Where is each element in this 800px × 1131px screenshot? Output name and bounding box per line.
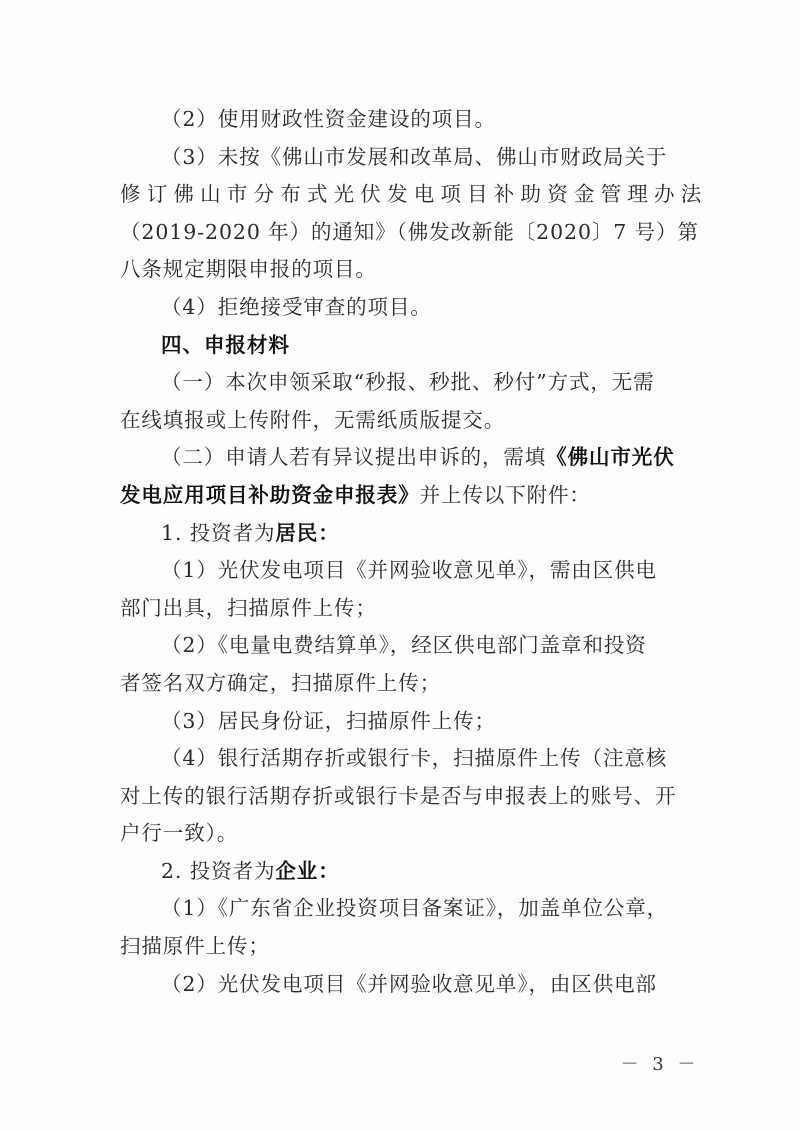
text-line: （1）《广东省企业投资项目备案证》，加盖单位公章， xyxy=(120,890,682,928)
text-line: （2）光伏发电项目《并网验收意见单》，由区供电部 xyxy=(120,966,682,1004)
text-line: ： xyxy=(318,521,339,545)
form-title-bold: 《佛山市光伏 xyxy=(546,445,674,469)
text-line: 者签名双方确定，扫描原件上传； xyxy=(120,665,682,703)
paragraph-item-3: （3）未按《佛山市发展和改革局、佛山市财政局关于 修订佛山市分布式光伏发电项目补… xyxy=(120,139,682,289)
form-title-bold: 发电应用项目补助资金申报表》 xyxy=(120,483,420,507)
text-line: 扫描原件上传； xyxy=(120,928,682,966)
paragraph-subsection-2: （二）申请人若有异议提出申诉的，需填《佛山市光伏 发电应用项目补助资金申报表》并… xyxy=(120,439,682,514)
section-heading-materials: 四、申报材料 xyxy=(120,327,682,365)
paragraph-enterprise-item-1: （1）《广东省企业投资项目备案证》，加盖单位公章， 扫描原件上传； xyxy=(120,890,682,965)
text-line: （3）居民身份证，扫描原件上传； xyxy=(120,703,682,741)
text-line: 对上传的银行活期存折或银行卡是否与申报表上的账号、开 xyxy=(120,778,682,816)
text-line: 并上传以下附件： xyxy=(420,483,591,507)
paragraph-resident-item-4: （4）银行活期存折或银行卡，扫描原件上传（注意核 对上传的银行活期存折或银行卡是… xyxy=(120,740,682,853)
paragraph-enterprise-item-2: （2）光伏发电项目《并网验收意见单》，由区供电部 xyxy=(120,966,682,1004)
investor-type-bold: 居民 xyxy=(275,521,318,545)
text-line: （二）申请人若有异议提出申诉的，需填 xyxy=(161,445,546,469)
heading-text: 四、申报材料 xyxy=(120,327,682,365)
text-line: （2019-2020 年）的通知》（佛发改新能〔2020〕7 号）第 xyxy=(120,214,682,252)
text-line: （2）使用财政性资金建设的项目。 xyxy=(120,101,682,139)
paragraph-resident-item-3: （3）居民身份证，扫描原件上传； xyxy=(120,703,682,741)
text-line: 2. 投资者为 xyxy=(161,859,275,883)
paragraph-investor-enterprise: 2. 投资者为企业： xyxy=(120,853,682,891)
text-line: （4）拒绝接受审查的项目。 xyxy=(120,289,682,327)
investor-type-bold: 企业 xyxy=(275,859,318,883)
text-line: （1）光伏发电项目《并网验收意见单》，需由区供电 xyxy=(120,552,682,590)
paragraph-resident-item-1: （1）光伏发电项目《并网验收意见单》，需由区供电 部门出具，扫描原件上传； xyxy=(120,552,682,627)
text-line: 八条规定期限申报的项目。 xyxy=(120,251,682,289)
page-number: － 3 － xyxy=(600,1050,720,1076)
text-line: ： xyxy=(318,859,339,883)
paragraph-item-4: （4）拒绝接受审查的项目。 xyxy=(120,289,682,327)
text-line: 1. 投资者为 xyxy=(161,521,275,545)
paragraph-investor-resident: 1. 投资者为居民： xyxy=(120,515,682,553)
text-line: 在线填报或上传附件，无需纸质版提交。 xyxy=(120,402,682,440)
paragraph-item-2: （2）使用财政性资金建设的项目。 xyxy=(120,101,682,139)
text-line: （2）《电量电费结算单》，经区供电部门盖章和投资 xyxy=(120,627,682,665)
document-body: （2）使用财政性资金建设的项目。 （3）未按《佛山市发展和改革局、佛山市财政局关… xyxy=(120,101,682,1003)
text-line: 部门出具，扫描原件上传； xyxy=(120,590,682,628)
text-line: （4）银行活期存折或银行卡，扫描原件上传（注意核 xyxy=(120,740,682,778)
text-line: （3）未按《佛山市发展和改革局、佛山市财政局关于 xyxy=(120,139,682,177)
paragraph-resident-item-2: （2）《电量电费结算单》，经区供电部门盖章和投资 者签名双方确定，扫描原件上传； xyxy=(120,627,682,702)
paragraph-subsection-1: （一）本次申领采取“秒报、秒批、秒付”方式，无需 在线填报或上传附件，无需纸质版… xyxy=(120,364,682,439)
text-line: 户行一致）。 xyxy=(120,815,682,853)
text-line: （一）本次申领采取“秒报、秒批、秒付”方式，无需 xyxy=(120,364,682,402)
text-line: 修订佛山市分布式光伏发电项目补助资金管理办法 xyxy=(120,176,682,214)
document-page: （2）使用财政性资金建设的项目。 （3）未按《佛山市发展和改革局、佛山市财政局关… xyxy=(0,0,800,1131)
